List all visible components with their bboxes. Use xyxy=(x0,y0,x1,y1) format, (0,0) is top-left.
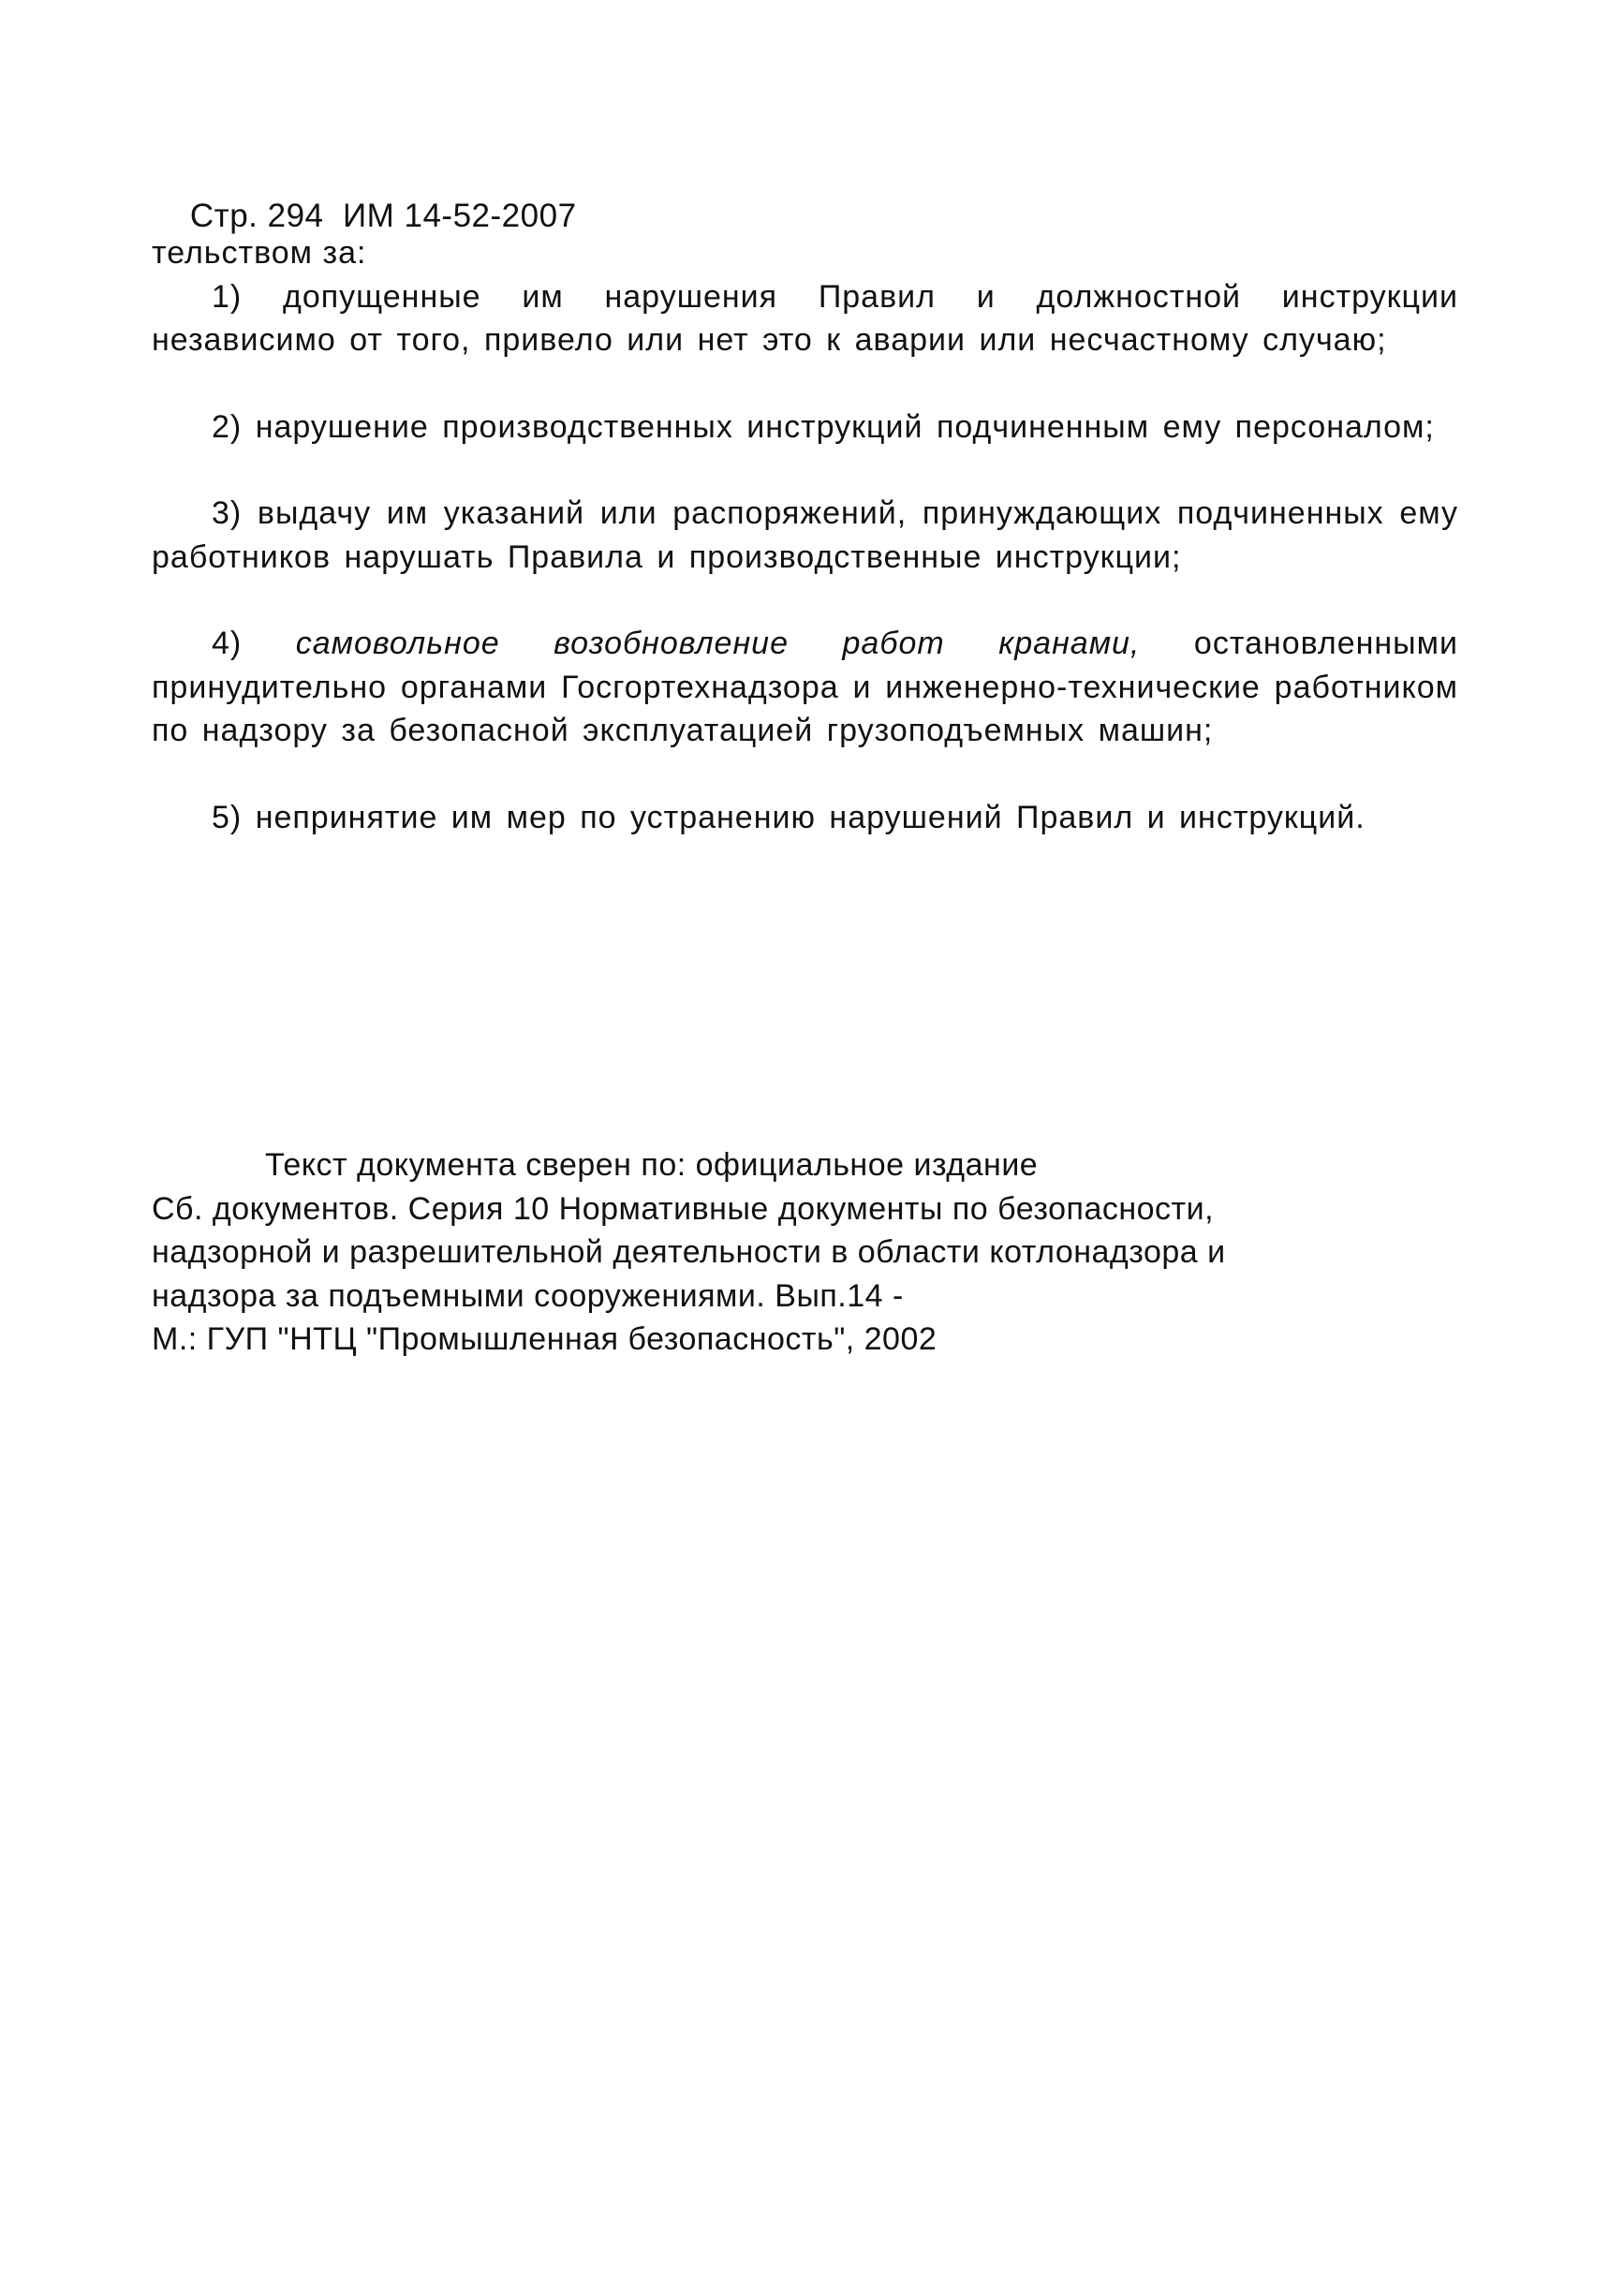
list-item-5: 5) непринятие им мер по устранению наруш… xyxy=(152,796,1458,840)
item-text: нарушение производственных инструкций по… xyxy=(256,409,1435,445)
list-item-4: 4) самовольное возобновление работ крана… xyxy=(152,622,1458,753)
list-item-3: 3) выдачу им указаний или распоряжений, … xyxy=(152,492,1458,579)
source-line: надзора за подъемными сооружениями. Вып.… xyxy=(152,1275,1458,1319)
lead-text: тельством за: xyxy=(152,231,1458,275)
source-line: Сб. документов. Серия 10 Нормативные док… xyxy=(152,1187,1458,1231)
list-item-1: 1) допущенные им нарушения Правил и долж… xyxy=(152,275,1458,362)
item-text-italic: самовольное возобновление работ кранами, xyxy=(296,626,1141,661)
source-line: надзорной и разрешительной деятельности … xyxy=(152,1231,1458,1275)
item-text: непринятие им мер по устранению нарушени… xyxy=(256,800,1366,835)
item-text: выдачу им указаний или распоряжений, при… xyxy=(152,495,1458,575)
item-text: допущенные им нарушения Правил и должнос… xyxy=(152,279,1458,359)
list-item-2: 2) нарушение производственных инструкций… xyxy=(152,405,1458,450)
item-number: 2) xyxy=(212,409,242,445)
item-number: 1) xyxy=(212,279,242,315)
source-line: М.: ГУП "НТЦ "Промышленная безопасность"… xyxy=(152,1318,1458,1362)
item-number: 4) xyxy=(212,626,242,661)
document-body: тельством за: 1) допущенные им нарушения… xyxy=(152,231,1458,882)
source-line: Текст документа сверен по: официальное и… xyxy=(152,1143,1458,1187)
source-note: Текст документа сверен по: официальное и… xyxy=(152,1143,1458,1362)
item-number: 3) xyxy=(212,495,242,531)
item-number: 5) xyxy=(212,800,242,835)
page-number-label: Стр. 294 ИМ 14-52-2007 xyxy=(190,198,577,234)
